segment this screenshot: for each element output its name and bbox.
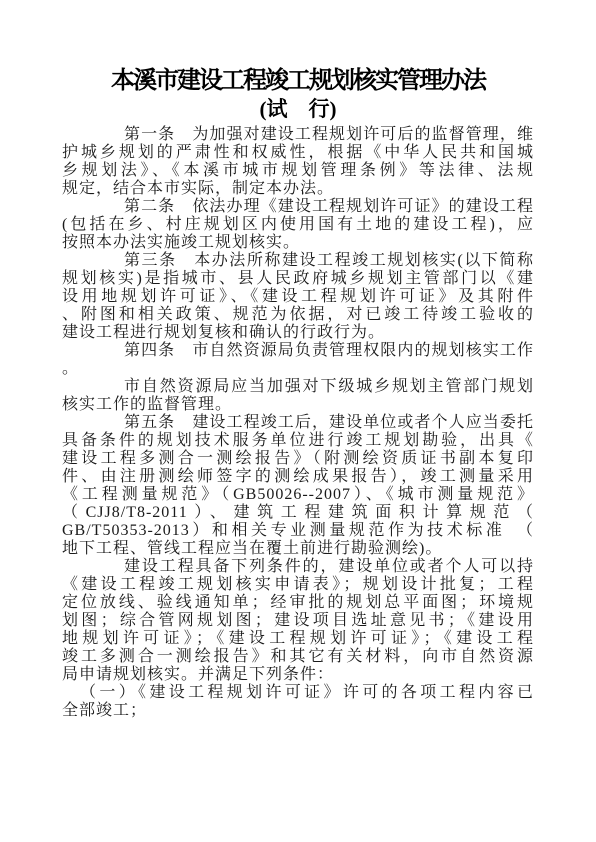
- text-line: （一）《建设工程规划许可证》许可的各项工程内容已: [62, 684, 534, 702]
- text-line: 按照本办法实施竣工规划核实。: [62, 234, 534, 252]
- paragraph: 建设工程具备下列条件的，建设单位或者个人可以持《建设工程竣工规划核实申请表》；规…: [62, 558, 534, 684]
- text-line: 市自然资源局应当加强对下级城乡规划主管部门规划: [62, 378, 534, 396]
- paragraph: 第三条 本办法所称建设工程竣工规划核实(以下简称规划核实)是指城市、县人民政府城…: [62, 252, 534, 342]
- text-line: 。: [62, 360, 534, 378]
- text-line: 局申请规划核实。并满足下列条件：: [62, 666, 534, 684]
- text-line: 建设工程具备下列条件的，建设单位或者个人可以持: [62, 558, 534, 576]
- text-line: 规定，结合本市实际，制定本办法。: [62, 180, 534, 198]
- text-line: 建设工程进行规划复核和确认的行政行为。: [62, 324, 534, 342]
- paragraph: （一）《建设工程规划许可证》许可的各项工程内容已全部竣工；: [62, 684, 534, 720]
- paragraph: 第二条 依法办理《建设工程规划许可证》的建设工程(包括在乡、村庄规划区内使用国有…: [62, 198, 534, 252]
- paragraph: 市自然资源局应当加强对下级城乡规划主管部门规划核实工作的监督管理。: [62, 378, 534, 414]
- text-line: 第五条 建设工程竣工后，建设单位或者个人应当委托: [62, 414, 534, 432]
- text-line: 第三条 本办法所称建设工程竣工规划核实(以下简称: [62, 252, 534, 270]
- text-line: 件、由注册测绘师签字的测绘成果报告），竣工测量采用: [62, 468, 534, 486]
- document-page: 本溪市建设工程竣工规划核实管理办法 (试 行) 第一条 为加强对建设工程规划许可…: [0, 0, 596, 842]
- text-line: 核实工作的监督管理。: [62, 396, 534, 414]
- text-line: 设用地规划许可证》、《建设工程规划许可证》及其附件: [62, 288, 534, 306]
- text-line: 划图；综合管网规划图；建设项目选址意见书；《建设用: [62, 612, 534, 630]
- document-content: 本溪市建设工程竣工规划核实管理办法 (试 行) 第一条 为加强对建设工程规划许可…: [0, 0, 596, 720]
- text-line: 第一条 为加强对建设工程规划许可后的监督管理，维: [62, 126, 534, 144]
- text-line: 全部竣工；: [62, 702, 534, 720]
- text-line: 具备条件的规划技术服务单位进行竣工规划勘验，出具《: [62, 432, 534, 450]
- text-line: 地下工程、管线工程应当在覆土前进行勘验测绘)。: [62, 540, 534, 558]
- text-line: 规划核实)是指城市、县人民政府城乡规划主管部门以《建: [62, 270, 534, 288]
- paragraph: 第五条 建设工程竣工后，建设单位或者个人应当委托具备条件的规划技术服务单位进行竣…: [62, 414, 534, 558]
- text-line: 定位放线、验线通知单；经审批的规划总平面图；环境规: [62, 594, 534, 612]
- text-line: 建设工程多测合一测绘报告》（附测绘资质证书副本复印: [62, 450, 534, 468]
- text-line: 《工程测量规范》（GB50026--2007）、《城市测量规范》: [62, 486, 534, 504]
- text-line: 、附图和相关政策、规范为依据，对已竣工待竣工验收的: [62, 306, 534, 324]
- text-line: 第二条 依法办理《建设工程规划许可证》的建设工程: [62, 198, 534, 216]
- text-line: GB/T50353-2013）和相关专业测量规范作为技术标准 （: [62, 522, 534, 540]
- text-line: (包括在乡、村庄规划区内使用国有土地的建设工程)，应: [62, 216, 534, 234]
- text-line: 竣工多测合一测绘报告》和其它有关材料，向市自然资源: [62, 648, 534, 666]
- text-line: 《建设工程竣工规划核实申请表》；规划设计批复；工程: [62, 576, 534, 594]
- text-line: 护城乡规划的严肃性和权威性，根据《中华人民共和国城: [62, 144, 534, 162]
- text-line: 乡规划法》、《本溪市城市规划管理条例》等法律、法规: [62, 162, 534, 180]
- document-subtitle: (试 行): [62, 96, 534, 122]
- document-title: 本溪市建设工程竣工规划核实管理办法: [62, 66, 534, 96]
- text-line: （CJJ8/T8-2011）、建筑工程建筑面积计算规范（: [62, 504, 534, 522]
- text-line: 第四条 市自然资源局负责管理权限内的规划核实工作: [62, 342, 534, 360]
- document-body: 第一条 为加强对建设工程规划许可后的监督管理，维护城乡规划的严肃性和权威性，根据…: [62, 126, 534, 720]
- text-line: 地规划许可证》；《建设工程规划许可证》；《建设工程: [62, 630, 534, 648]
- paragraph: 第四条 市自然资源局负责管理权限内的规划核实工作。: [62, 342, 534, 378]
- paragraph: 第一条 为加强对建设工程规划许可后的监督管理，维护城乡规划的严肃性和权威性，根据…: [62, 126, 534, 198]
